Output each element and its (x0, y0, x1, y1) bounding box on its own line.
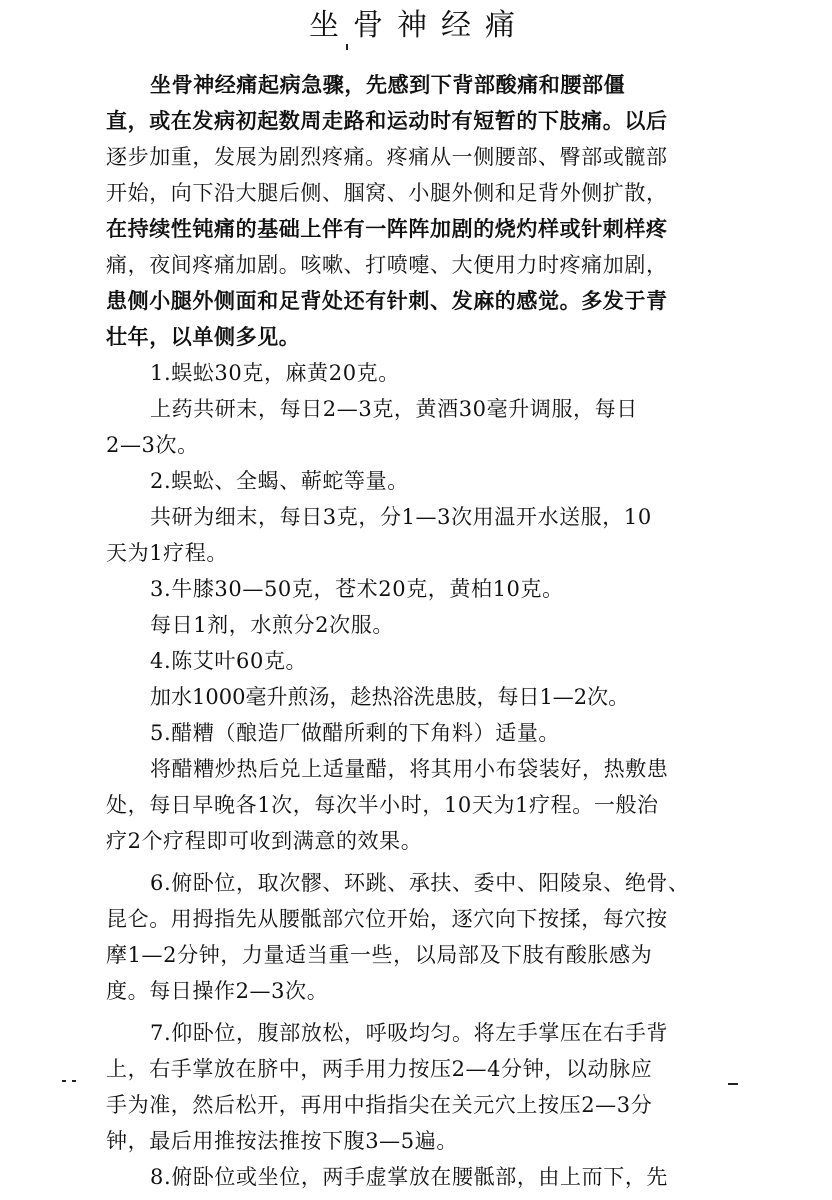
scanned-page: 坐骨神经痛 坐骨神经痛起病急骤，先感到下背部酸痛和腰部僵 直，或在发病初起数周走… (0, 0, 832, 1200)
text-line: 将醋糟炒热后兑上适量醋，将其用小布袋装好，热敷患 (106, 751, 674, 787)
text-line: 2—3次。 (106, 427, 674, 463)
text-line: 钟，最后用推按法推按下腹3—5遍。 (106, 1123, 674, 1159)
scan-artifact (346, 44, 348, 50)
text-line: 在持续性钝痛的基础上伴有一阵阵加剧的烧灼样或针刺样疼 (106, 211, 674, 247)
text-line: 上，右手掌放在脐中，两手用力按压2—4分钟，以动脉应 (106, 1051, 674, 1087)
text-line: 上药共研末，每日2—3克，黄酒30毫升调服，每日 (106, 391, 674, 427)
text-line: 天为1疗程。 (106, 535, 674, 571)
text-line: 度。每日操作2—3次。 (106, 973, 674, 1009)
remedy-heading-6: 6.俯卧位，取次髎、环跳、承扶、委中、阳陵泉、绝骨、 (106, 865, 674, 901)
text-line: 摩1—2分钟，力量适当重一些，以局部及下肢有酸胀感为 (106, 937, 674, 973)
remedy-heading-3: 3.牛膝30—50克，苍术20克，黄柏10克。 (106, 571, 674, 607)
page-title: 坐骨神经痛 (0, 6, 832, 46)
text-line: 逐步加重，发展为剧烈疼痛。疼痛从一侧腰部、臀部或髋部 (106, 139, 674, 175)
remedy-heading-5: 5.醋糟（酿造厂做醋所剩的下角料）适量。 (106, 715, 674, 751)
document-body: 坐骨神经痛起病急骤，先感到下背部酸痛和腰部僵 直，或在发病初起数周走路和运动时有… (106, 67, 674, 1195)
scan-artifact (62, 1080, 66, 1082)
text-line: 处，每日早晚各1次，每次半小时，10天为1疗程。一般治 (106, 787, 674, 823)
text-line: 壮年，以单侧多见。 (106, 319, 674, 355)
scan-artifact (72, 1080, 76, 1082)
text-line: 手为准，然后松开，再用中指指尖在关元穴上按压2—3分 (106, 1087, 674, 1123)
text-line: 痛，夜间疼痛加剧。咳嗽、打喷嚏、大便用力时疼痛加剧， (106, 247, 674, 283)
text-line: 加水1000毫升煎汤，趁热浴洗患肢，每日1—2次。 (106, 679, 674, 715)
remedy-heading-4: 4.陈艾叶60克。 (106, 643, 674, 679)
remedy-heading-8: 8.俯卧位或坐位，两手虚掌放在腰骶部，由上而下，先 (106, 1159, 674, 1195)
text-line: 坐骨神经痛起病急骤，先感到下背部酸痛和腰部僵 (106, 67, 674, 103)
text-line: 共研为细末，每日3克，分1—3次用温开水送服，10 (106, 499, 674, 535)
remedy-heading-7: 7.仰卧位，腹部放松，呼吸均匀。将左手掌压在右手背 (106, 1015, 674, 1051)
remedy-heading-1: 1.蜈蚣30克，麻黄20克。 (106, 355, 674, 391)
scan-artifact (728, 1083, 738, 1085)
remedy-heading-2: 2.蜈蚣、全蝎、蕲蛇等量。 (106, 463, 674, 499)
text-line: 昆仑。用拇指先从腰骶部穴位开始，逐穴向下按揉，每穴按 (106, 901, 674, 937)
text-line: 疗2个疗程即可收到满意的效果。 (106, 823, 674, 859)
text-line: 直，或在发病初起数周走路和运动时有短暂的下肢痛。以后 (106, 103, 674, 139)
text-line: 开始，向下沿大腿后侧、腘窝、小腿外侧和足背外侧扩散， (106, 175, 674, 211)
text-line: 每日1剂，水煎分2次服。 (106, 607, 674, 643)
text-line: 患侧小腿外侧面和足背处还有针刺、发麻的感觉。多发于青 (106, 283, 674, 319)
